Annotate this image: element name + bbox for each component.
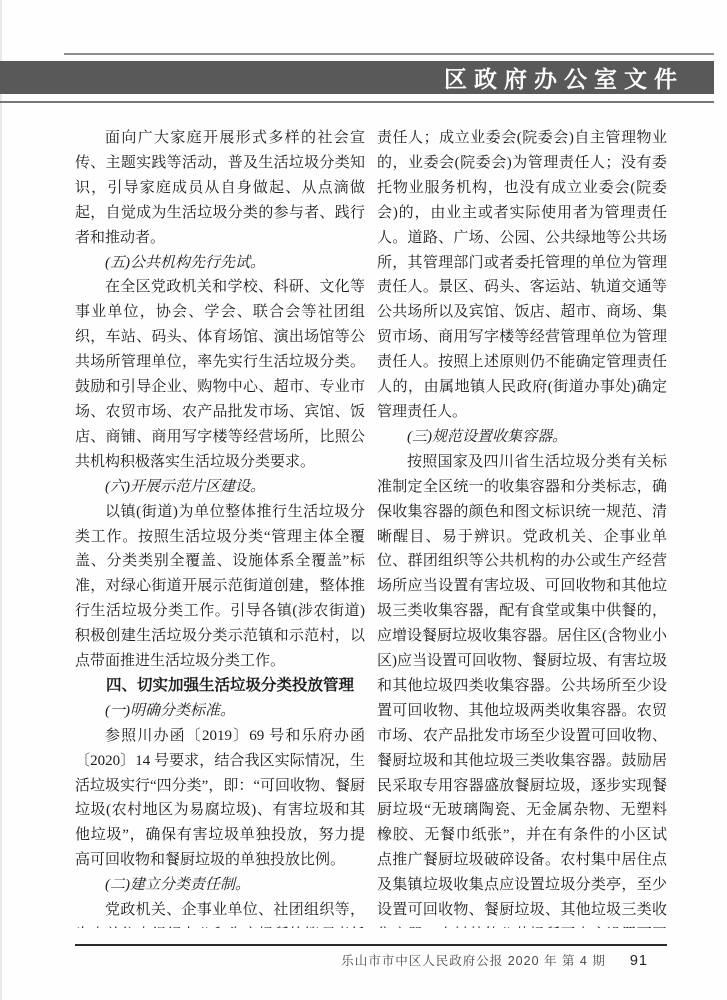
footer-page-number: 91: [630, 953, 648, 969]
subsection-heading: (五)公共机构先行先试。: [75, 251, 365, 276]
footer: 乐山市市中区人民政府公报 2020 年 第 4 期 91: [75, 951, 648, 969]
footer-rule: [75, 944, 667, 946]
section-heading: 四、切实加强生活垃圾分类投放管理: [75, 674, 365, 699]
subsection-heading: (二)建立分类责任制。: [75, 873, 365, 898]
paragraph-continuation: 责任人；成立业委会(院委会)自主管理物业的，业委会(院委会)为管理责任人；没有委…: [377, 126, 667, 425]
subsection-heading: (一)明确分类标准。: [75, 699, 365, 724]
header-bar: 区政府办公室文件: [0, 61, 714, 94]
top-rule: [64, 53, 714, 55]
content-column-left: 面向广大家庭开展形式多样的社会宣传、主题实践等活动，普及生活垃圾分类知识，引导家…: [75, 126, 365, 928]
scan-edge-line: [0, 0, 2, 1000]
subsection-heading: (六)开展示范片区建设。: [75, 475, 365, 500]
footer-journal-title: 乐山市市中区人民政府公报 2020 年 第 4 期: [341, 951, 606, 969]
gazette-page: 区政府办公室文件 面向广大家庭开展形式多样的社会宣传、主题实践等活动，普及生活垃…: [0, 0, 727, 1000]
paragraph-body: 在全区党政机关和学校、科研、文化等事业单位，协会、学会、联合会等社团组织，车站、…: [75, 275, 365, 474]
header-rule: [0, 101, 714, 103]
paragraph-body: 按照国家及四川省生活垃圾分类有关标准制定全区统一的收集容器和分类标志，确保收集容…: [377, 450, 667, 928]
header-title: 区政府办公室文件: [444, 61, 714, 94]
paragraph-body: 参照川办函〔2019〕69 号和乐府办函〔2020〕14 号要求，结合我区实际情…: [75, 724, 365, 873]
content-column-right: 责任人；成立业委会(院委会)自主管理物业的，业委会(院委会)为管理责任人；没有委…: [377, 126, 667, 928]
paragraph-body: 以镇(街道)为单位整体推行生活垃圾分类工作。按照生活垃圾分类“管理主体全覆盖、分…: [75, 500, 365, 674]
subsection-heading: (三)规范设置收集容器。: [377, 425, 667, 450]
paragraph-body: 面向广大家庭开展形式多样的社会宣传、主题实践等活动，普及生活垃圾分类知识，引导家…: [75, 126, 365, 251]
paragraph-body: 党政机关、企事业单位、社团组织等，为本单位本组织办公和生产场所的管理责任人。居民…: [75, 898, 365, 928]
